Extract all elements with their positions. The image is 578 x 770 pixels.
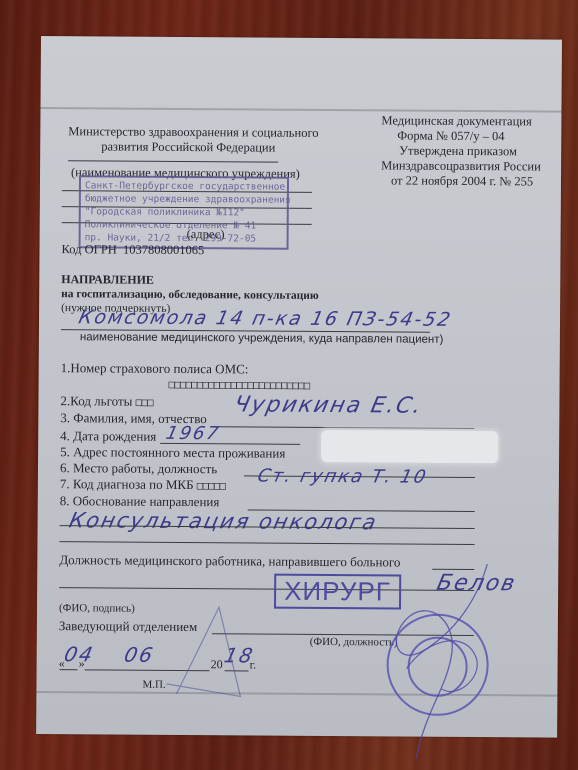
field-8-line-3 bbox=[59, 541, 474, 545]
field-1-label: 1.Номер страхового полиса ОМС: bbox=[61, 360, 249, 377]
field-3-line bbox=[214, 426, 474, 429]
form-info-line3: Утверждена приказом bbox=[399, 144, 517, 160]
position-label: Должность медицинского работника, направ… bbox=[59, 552, 400, 570]
destination-caption: наименование медицинского учреждения, ку… bbox=[80, 331, 444, 346]
address-caption: (адрес) bbox=[187, 227, 225, 242]
date-month-handwriting: 06 bbox=[122, 643, 157, 667]
benefit-code-label: 2.Код льготы bbox=[60, 393, 132, 409]
destination-handwriting: Комсомола 14 п-ка 16 ПЗ-54-52 bbox=[77, 306, 455, 331]
field-2-label: 2.Код льготы □□□ bbox=[60, 393, 152, 410]
benefit-code-boxes: □□□ bbox=[136, 396, 153, 409]
icd-code-label: 7. Код диагноза по МКБ bbox=[60, 476, 194, 492]
patient-name-handwriting: Чурикина Е.С. bbox=[232, 392, 426, 418]
field-7-label: 7. Код диагноза по МКБ □□□□□ bbox=[60, 476, 225, 493]
field-5-label: 5. Адрес постоянного места проживания bbox=[60, 444, 285, 462]
form-info-line2: Форма № 057/у – 04 bbox=[397, 128, 504, 144]
ministry-line1: Министерство здравоохранения и социально… bbox=[68, 124, 318, 141]
head-signature-scribble bbox=[366, 558, 507, 769]
referral-reason-handwriting: Консультация онколога bbox=[67, 508, 380, 534]
redacted-address bbox=[321, 430, 498, 463]
field-6-label: 6. Место работы, должность bbox=[60, 460, 217, 477]
ogrn-label-text: Код ОГРН bbox=[61, 242, 116, 256]
form-info-line4: Минздравсоцразвития России bbox=[381, 158, 541, 174]
ogrn-value: 1037808001065 bbox=[123, 243, 204, 258]
institution-stamp: Санкт-Петербургское государственное бюдж… bbox=[79, 175, 290, 249]
icd-code-handwriting: Ст. гупка Т. 10 bbox=[256, 466, 430, 488]
field-4-label: 4. Дата рождения bbox=[60, 428, 156, 445]
form-info-line5: от 22 ноября 2004 г. № 255 bbox=[391, 173, 533, 189]
oms-number-boxes: □□□□□□□□□□□□□□□□□□□□□□□□□ bbox=[169, 378, 310, 392]
fio-sign-caption: (ФИО, подпись) bbox=[59, 602, 135, 615]
form-title: НАПРАВЛЕНИЕ bbox=[61, 272, 154, 288]
birth-date-handwriting: 1967 bbox=[164, 423, 222, 444]
referral-form-paper: Министерство здравоохранения и социально… bbox=[36, 36, 562, 738]
fold-line-top bbox=[40, 107, 561, 113]
ministry-line2: развития Российской Федерации bbox=[101, 139, 275, 155]
faint-triangle-stamp bbox=[156, 602, 257, 703]
institution-line bbox=[68, 160, 278, 162]
date-day-line bbox=[60, 669, 78, 670]
icd-code-boxes: □□□□□ bbox=[197, 479, 225, 492]
form-subtitle: на госпитализацию, обследование, консуль… bbox=[61, 288, 319, 302]
ogrn-label: Код ОГРН 1037808001065 bbox=[61, 242, 204, 258]
form-info-line1: Медицинская документация bbox=[381, 113, 531, 129]
